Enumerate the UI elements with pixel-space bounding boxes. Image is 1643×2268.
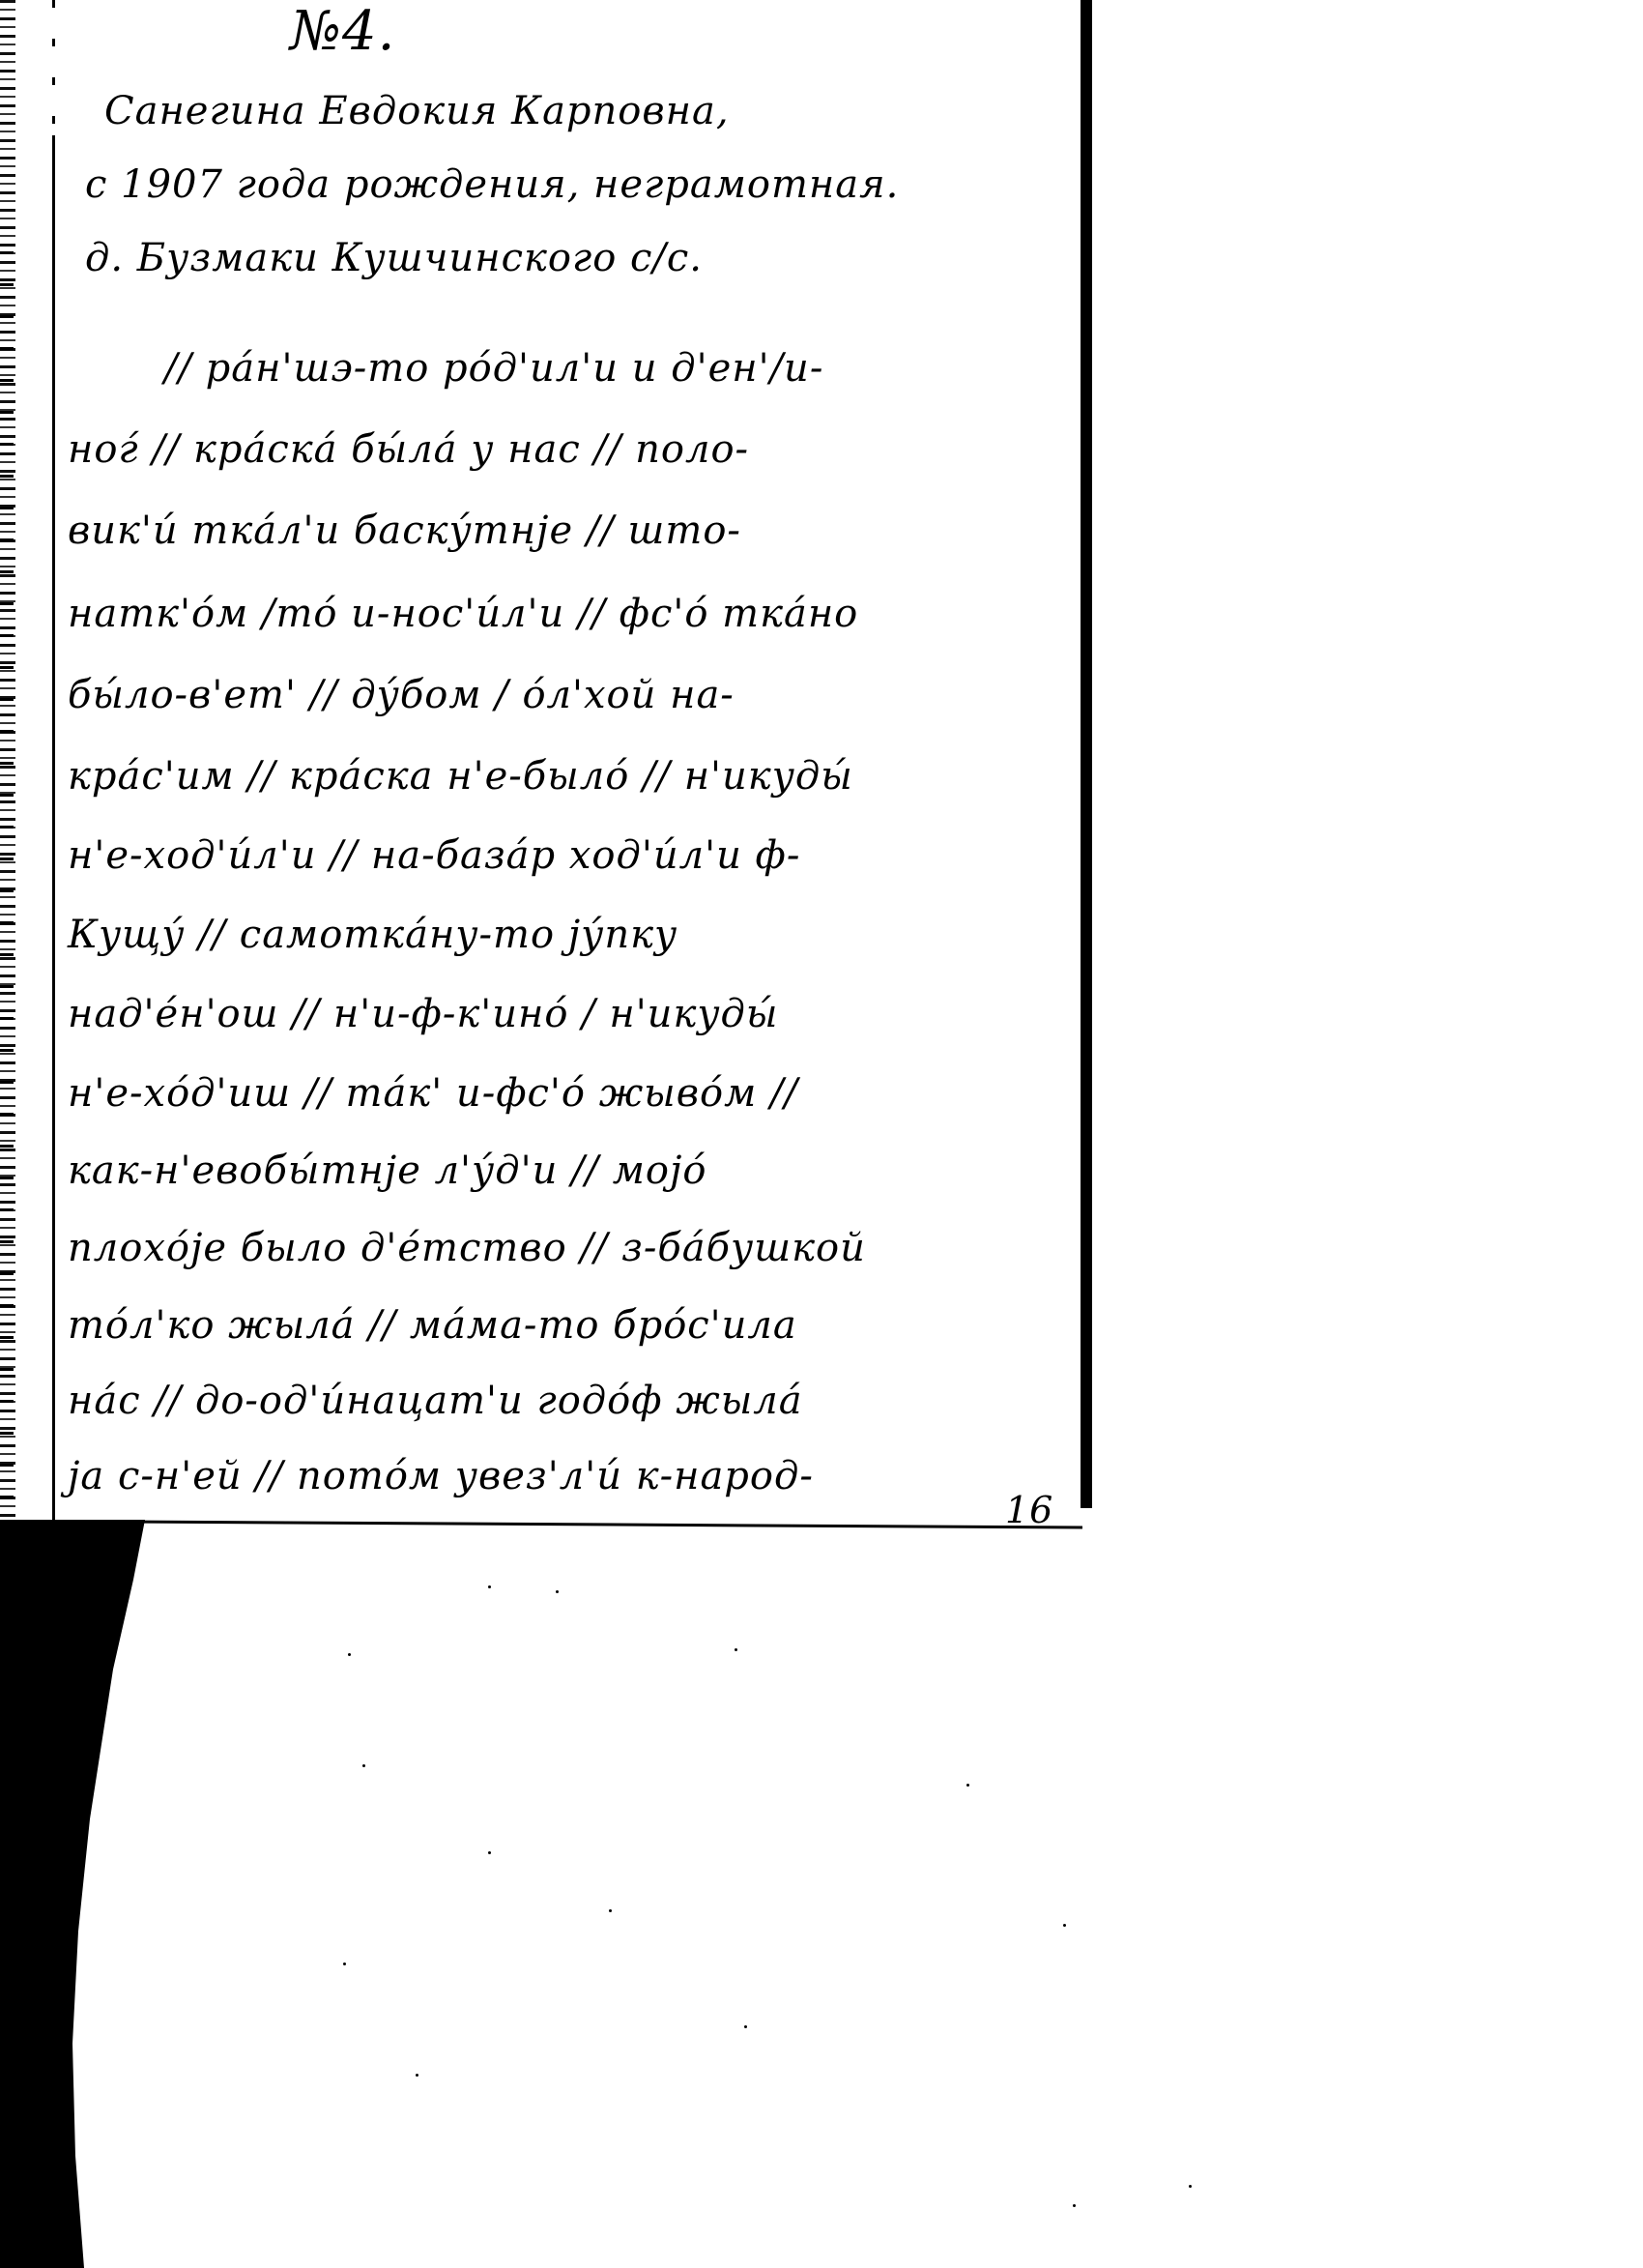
transcript-line: то́л'ко жыла́ // ма́ма-то бро́с'ила [68,1303,797,1348]
transcript-line: натк'о́м /то́ и-нос'и́л'и // фс'о́ тка́н… [68,592,858,636]
scan-speck [744,2025,747,2028]
transcript-line: как-н'евобы́тнје л'у́д'и // мојо́ [68,1149,706,1193]
scan-speck [735,1648,737,1651]
scan-speck [1189,2185,1192,2188]
binding-ticks [0,222,14,1508]
scanned-page: №4. Санегина Евдокия Карповна, с 1907 го… [0,0,1643,2268]
header-line-birth: с 1907 года рождения, неграмотная. [85,162,899,207]
scan-speck [1073,2204,1076,2207]
transcript-line: // ра́н'шэ-то ро́д'ил'и и д'ен'/и- [164,346,823,391]
transcript-line: бы́ло-в'ет' // ду́бом / о́л'хой на- [68,673,735,717]
scan-speck [966,1784,969,1787]
header-line-name: Санегина Евдокия Карповна, [104,89,730,133]
page-bottom-edge [52,1520,1082,1529]
scan-speck [488,1585,491,1588]
margin-line [52,135,55,1520]
transcript-line: ја с-н'ей // пото́м увез'л'и́ к-народ- [68,1454,814,1498]
transcript-line: над'е́н'ош // н'и-ф-к'ино́ / н'икуды́ [68,992,778,1036]
scan-shadow [0,1520,145,2268]
margin-line-top [52,0,55,135]
document-number: №4. [290,0,395,63]
transcript-line: плохо́је было д'е́тство // з-ба́бушкой [68,1226,866,1270]
scan-speck [609,1909,612,1912]
transcript-line: вик'и́ тка́л'и баску́тнје // што- [68,509,741,553]
transcript-line: н'е-ход'и́л'и // на-база́р ход'и́л'и ф- [68,833,800,878]
scan-speck [362,1764,365,1767]
transcript-line: н'е-хо́д'иш // та́к' и-фс'о́ жыво́м // [68,1071,798,1116]
page-number: 16 [1005,1489,1053,1531]
transcript-line: кра́с'им // кра́ска н'е-было́ // н'икуды… [68,754,853,799]
header-line-village: д. Бузмаки Кушчинского с/с. [85,236,703,280]
scan-speck [348,1653,351,1656]
transcript-line: Кущу́ // самотка́ну-то ју́пку [68,913,677,957]
transcript-line: ноѓ // кра́ска́ бы́ла́ у нас // поло- [68,427,749,472]
scan-speck [416,2074,418,2077]
transcript-line: на́с // до-од'и́нацат'и годо́ф жыла́ [68,1379,803,1423]
scan-speck [1063,1924,1066,1927]
scan-speck [343,1963,346,1965]
scan-speck [488,1851,491,1854]
page-right-edge [1081,0,1092,1508]
scan-speck [556,1590,559,1593]
